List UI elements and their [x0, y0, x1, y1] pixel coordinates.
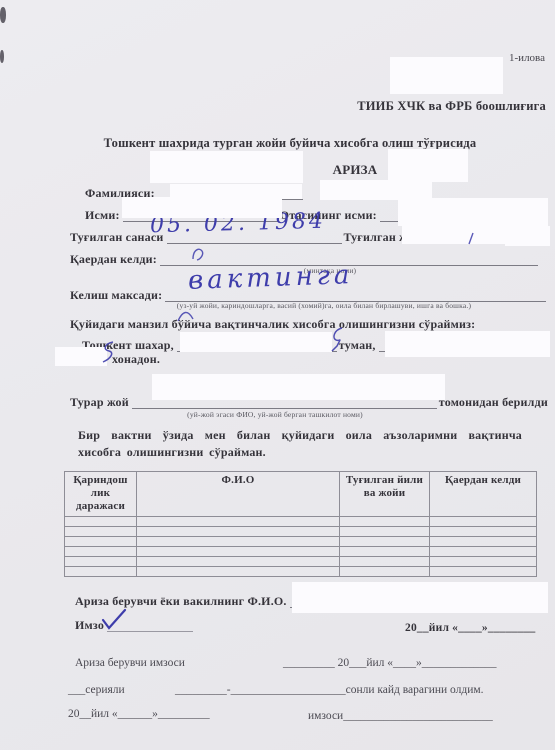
residence-label: Турар жой — [70, 395, 129, 410]
col-header-birth: Туғилган йили ва жойи — [340, 472, 430, 517]
redaction-box — [388, 149, 468, 182]
origin-label: Қаердан келди: — [70, 252, 157, 267]
registry-text: сонли кайд варагини олдим. — [346, 684, 484, 696]
sign-date-line: _________ 20___йил «____»_____________ — [283, 657, 497, 669]
handwritten-mark — [328, 326, 348, 352]
table-cell — [340, 536, 430, 546]
table-cell — [137, 526, 340, 536]
scanned-application-form: 1-илова ТИИБ ХЧК ва ФРБ боошлиғига Тошке… — [0, 0, 555, 750]
purpose-label: Келиш максади: — [70, 288, 162, 303]
table-cell — [430, 566, 537, 576]
series-label: ___серияли — [68, 684, 125, 696]
table-row — [65, 516, 537, 526]
applicant-sign-label: Ариза берувчи имзоси — [75, 657, 185, 669]
redaction-box — [292, 582, 548, 613]
redaction-box — [320, 180, 432, 200]
table-cell — [340, 566, 430, 576]
table-cell — [430, 526, 537, 536]
table-cell — [65, 536, 137, 546]
table-cell — [340, 556, 430, 566]
handwritten-mark — [466, 232, 476, 246]
redaction-box — [505, 226, 550, 246]
table-row — [65, 566, 537, 576]
table-cell — [430, 516, 537, 526]
apartment-label: хонадон. — [112, 352, 160, 367]
series-line: _________-____________________ — [175, 684, 346, 696]
redaction-box — [390, 57, 503, 94]
official-signature-line: имзоси__________________________ — [308, 710, 493, 722]
firstname-label: Исми: — [85, 208, 120, 223]
family-table-body — [65, 516, 537, 576]
signature-row: Имзо — [75, 618, 195, 633]
redaction-box — [150, 151, 303, 183]
residence-hint: (уй-жой эгаси ФИО, уй-жой берган ташкило… — [170, 410, 380, 419]
redaction-box — [180, 332, 332, 352]
request-statement: Қуйидаги манзил бўйича вақтинчалик хисоб… — [70, 317, 555, 332]
handwritten-mark — [100, 340, 116, 364]
table-cell — [65, 546, 137, 556]
handwritten-mark — [176, 308, 196, 324]
table-header-row: Қариндош лик даражаси Ф.И.О Туғилган йил… — [65, 472, 537, 517]
family-members-table: Қариндош лик даражаси Ф.И.О Туғилган йил… — [64, 471, 537, 577]
residence-suffix: томонидан берилди — [439, 395, 548, 410]
registration-date-line: 20__йил «______»_________ — [68, 708, 210, 720]
col-header-relation: Қариндош лик даражаси — [65, 472, 137, 517]
purpose-hint: (уз-уй жойи, кариндошларга, васий (хомий… — [173, 301, 475, 310]
series-row: _________-____________________ сонли кай… — [175, 684, 484, 696]
table-cell — [340, 516, 430, 526]
table-cell — [137, 536, 340, 546]
redaction-box — [152, 374, 445, 400]
table-cell — [340, 546, 430, 556]
table-cell — [65, 516, 137, 526]
col-header-fio: Ф.И.О — [137, 472, 340, 517]
table-row — [65, 536, 537, 546]
table-cell — [340, 526, 430, 536]
addressee-line: ТИИБ ХЧК ва ФРБ боошлиғига — [0, 99, 546, 114]
table-row — [65, 546, 537, 556]
handwritten-mark — [190, 243, 208, 263]
family-intro-paragraph: Бир вактни ўзида мен билан қуйидаги оила… — [78, 427, 522, 462]
table-cell — [137, 546, 340, 556]
scan-smudge — [0, 7, 6, 23]
purpose-handwritten-value: вактинга — [188, 260, 354, 296]
table-cell — [137, 566, 340, 576]
table-cell — [430, 536, 537, 546]
table-row — [65, 526, 537, 536]
table-cell — [430, 556, 537, 566]
table-cell — [65, 566, 137, 576]
table-cell — [137, 556, 340, 566]
signature-check-icon — [100, 607, 128, 631]
table-cell — [65, 526, 137, 536]
redaction-box — [122, 197, 282, 218]
redaction-box — [385, 331, 550, 357]
table-cell — [137, 516, 340, 526]
table-cell — [65, 556, 137, 566]
col-header-origin: Қаердан келди — [430, 472, 537, 517]
table-cell — [430, 546, 537, 556]
signature-date-line: 20__йил «____»________ — [405, 622, 535, 634]
table-row — [65, 556, 537, 566]
